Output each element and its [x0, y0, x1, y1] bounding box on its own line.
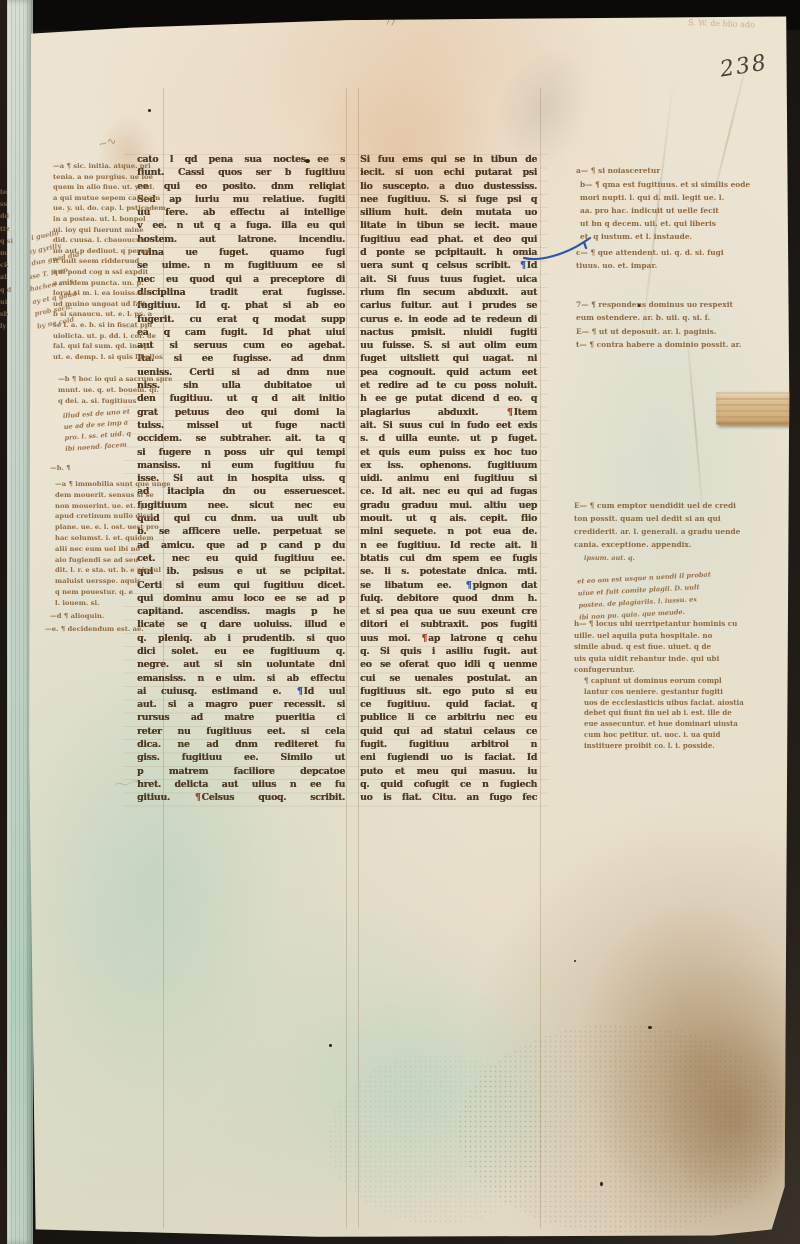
text-line: al — [0, 271, 16, 283]
text-line: d ponte se pcipitauit. h omia — [360, 246, 537, 259]
text-line: maluist uersspe. aquis — [55, 576, 151, 587]
text-line: E— ¶ ut ut deposuit. ar. l. paginis. — [576, 325, 786, 338]
text-line: uos de ecclesiasticis uibus faciat. aios… — [584, 698, 789, 709]
ink-speck — [574, 960, 576, 962]
photograph-backdrop: tessddttzq simckalq duisbly ⁊⁊ S. W. de … — [0, 0, 800, 1244]
text-line: m — [0, 247, 16, 259]
right-gloss-group9: h— ¶ locus ubi uerripetantur hominis cuu… — [574, 618, 786, 676]
text-line: giss. fugitiuu ee. Similo ut — [137, 751, 345, 764]
text-line: q si — [0, 235, 16, 247]
text-line: uus moi. ¶ap latrone q cehu — [360, 632, 537, 645]
text-line: ue. y. ui. do. cap. l. psticadem — [53, 203, 145, 214]
text-line: b— ¶ qma est fugitiuus. et si similis eo… — [580, 178, 785, 191]
text-line: E— ¶ cum emptor uendidit uel de credi — [574, 499, 786, 512]
folio-number: 238 — [718, 50, 769, 82]
text-line: Ita. si ee fugisse. ad dnm — [137, 352, 345, 365]
text-line: puto et meu qui masuu. iu — [360, 765, 537, 778]
text-line: debet qui fiunt fin uel ab i. est. ille … — [584, 708, 789, 719]
text-line: ad amicu. que ad p cand p du — [137, 539, 345, 552]
text-line: ce fugitiuu. quid faciat. q — [360, 698, 537, 711]
right-gloss-group7-small: ipsum. aut. q. — [584, 554, 635, 562]
text-line: ait. Si fuus tuus fugiet. uica — [360, 273, 537, 286]
text-line: ttz — [0, 223, 16, 235]
text-line: b. se afficere uelle. perpetuat se — [137, 525, 345, 538]
text-line: se. li s. potestate dnica. mti. — [360, 565, 537, 578]
text-line: in a postea. ut. l. bonpol — [53, 214, 145, 225]
text-line: fugit. fugitiuu arbitroi n — [360, 738, 537, 751]
text-line: rium fin secum abduxit. aut — [360, 286, 537, 299]
text-line: uiolicta. ut. p. dd. i. cor. de — [53, 331, 145, 342]
text-line: fuget uitsliett qui uagat. ni — [360, 352, 537, 365]
text-line: uis quia uidit rebantur inde. qui ubi — [574, 653, 786, 665]
text-line: t— ¶ contra habere a dominio possit. ar. — [576, 338, 786, 351]
text-line: ai cuiusq. estimand e. ¶Id uul — [137, 685, 345, 698]
text-line: munt. ue. q. et. bouem. qi. — [58, 385, 154, 396]
text-line: dit. l. r. e sta. ut. b. e pincul — [55, 565, 151, 576]
ink-speck — [305, 159, 310, 163]
text-line: ut. e. demp. l. si quis libellos — [53, 352, 145, 363]
right-gloss-group1: a— ¶ si noiasceretur — [576, 164, 781, 177]
text-line: hret. delicta aut uiius n ee fu — [137, 778, 345, 791]
text-line: fal. qui fal sum. qd. in ap. — [53, 341, 145, 352]
text-line: lio suscepto. a duo dustessiss. — [360, 180, 537, 193]
ink-speck — [648, 1026, 652, 1029]
text-line: rursus ad matre pueritia ci — [137, 711, 345, 724]
text-line: h ee ge putat dicend d eo. q — [360, 392, 537, 405]
text-line: l. iouem. si. — [55, 598, 151, 609]
text-line: qui ib. psisus e ut se pcipitat. — [137, 565, 345, 578]
text-line: gitiuu. ¶Celsus quoq. scribit. — [137, 791, 345, 804]
text-line: uo is fiat. Citu. an fugo fec — [360, 791, 537, 804]
text-line: cet. nec eu quid fugitiuu ee. — [137, 552, 345, 565]
text-line: ait. Si suus cui in fudo eet exis — [360, 419, 537, 432]
text-line: c— ¶ que attendent. ui. q. d. si. fugi — [576, 246, 781, 259]
text-line: eo se oferat quo idli q uenme — [360, 658, 537, 671]
text-line: simile abud. q est fiue. uiuet. q de — [574, 641, 786, 653]
text-line: ui — [0, 296, 16, 308]
text-line: aa. pro hac. indicuit ut uelle fecit — [580, 204, 785, 217]
text-line: grat petuus deo qui domi la — [137, 406, 345, 419]
left-gloss-stub: —b. ¶ — [50, 464, 71, 472]
stain-speckle — [328, 1054, 548, 1224]
text-line: tenia. a no purgius. ue loe — [53, 172, 145, 183]
text-line: q d — [0, 284, 16, 296]
text-line: eue assecuntur. et hue dominari uiusta — [584, 719, 789, 730]
faded-top-inscription: S. W. de blio ado — [688, 18, 798, 31]
right-gloss-group3: c— ¶ que attendent. ui. q. d. si. fugiti… — [576, 246, 781, 272]
text-line: ¶ capiunt ut dominus eorum compl — [584, 676, 789, 687]
text-line: dem mouerit. sensus si se — [55, 490, 151, 501]
text-line: fugitiuum nee. sicut nec eu — [137, 499, 345, 512]
left-gloss-block-c: —a ¶ immobilia sunt que ungedem mouerit.… — [55, 479, 151, 609]
text-line: q. pleniq. ab i prudentib. si quo — [137, 632, 345, 645]
text-line: et quis eum puiss ex hoc tuo — [360, 446, 537, 459]
text-line: uidi. animu eni fugitiuu si — [360, 472, 537, 485]
text-line: cania. exceptione. appendix. — [574, 538, 786, 551]
text-line: confugeruntur. — [574, 664, 786, 676]
blue-pilcrow: ¶ — [465, 580, 473, 591]
text-line: et si pea qua ue suu exeunt cre — [360, 605, 537, 618]
text-line: et redire ad te cu poss noluit. — [360, 379, 537, 392]
red-pilcrow: ¶ — [420, 633, 428, 644]
text-line: quem in alio fiue. ut. y. dd. — [53, 182, 145, 193]
text-line: cum hoc petitur. ut. uoc. i. ua quid — [584, 730, 789, 741]
text-line: aut. si a magro puer recessit. si — [137, 698, 345, 711]
text-line: licate se q dare uoluiss. illud e — [137, 618, 345, 631]
text-column-2: Si fuu ems qui se in tibun deiecit. si u… — [360, 153, 537, 805]
text-line: den fugitiuu. ut q d ait initio — [137, 392, 345, 405]
blue-pilcrow: ¶ — [296, 686, 304, 697]
stain — [573, 894, 800, 1224]
text-line: mouit. ut q ais. cepit. fiio — [360, 512, 537, 525]
stain — [658, 1014, 800, 1214]
text-line: Si fuu ems qui se in tibun de — [360, 153, 537, 166]
left-gloss-block-b-cursive: illud est de uno etue ad de se imp apro.… — [63, 405, 152, 455]
text-line: cui se uenales postulat. an — [360, 672, 537, 685]
blue-pilcrow: ¶ — [519, 260, 527, 271]
text-line: plane. ue. e. l. ost. uest pro — [55, 522, 151, 533]
text-line: dd — [0, 210, 16, 222]
text-line: disciplina tradit erat fugisse. — [137, 286, 345, 299]
text-line: curus e. in eode ad te redeun di — [360, 313, 537, 326]
right-gloss-group7: E— ¶ cum emptor uendidit uel de crediton… — [574, 499, 786, 551]
text-line: uu fere. ab effectu ai intellige — [137, 206, 345, 219]
text-line: a qui mutue sepem campam — [53, 193, 145, 204]
text-line: fiunt. Cassi quos ser b fugitiuu — [137, 166, 345, 179]
red-pilcrow: ¶ — [194, 792, 202, 803]
text-line: capitand. ascendiss. magis p he — [137, 605, 345, 618]
text-line: hac solumst. i. et. quidem — [55, 533, 151, 544]
text-line: nee fugitiuu. S. si fuge psi q — [360, 193, 537, 206]
ink-speck — [600, 1182, 603, 1186]
text-line: fugitiuu. Id q. phat si ab eo — [137, 299, 345, 312]
text-line: ut bn q decem. uii. et. qui liberis — [580, 217, 785, 230]
ink-speck — [329, 1044, 332, 1047]
text-line: eum ostendere. ar. b. uii. q. si. f. — [576, 311, 786, 324]
text-line: q. quid cofugit ce n fugiech — [360, 778, 537, 791]
text-line: crediderit. ar. l. generali. a gradu uen… — [574, 525, 786, 538]
text-line: h— ¶ locus ubi uerripetantur hominis cu — [574, 618, 786, 630]
text-line: plagiarius abduxit. ¶Item — [360, 406, 537, 419]
text-line: mori nupti. l. qui d. mil. legit ue. l. — [580, 191, 785, 204]
text-line: s. d uilla eunte. ut p fuget. — [360, 432, 537, 445]
right-gloss-group5: E— ¶ ut ut deposuit. ar. l. paginis. — [576, 325, 786, 338]
right-gloss-group2: b— ¶ qma est fugitiuus. et si similis eo… — [580, 178, 785, 243]
red-pilcrow: ¶ — [506, 407, 514, 418]
text-line: ditori ei subtraxit. pos fugiti — [360, 618, 537, 631]
text-line: quid qui ad statui celaus ce — [360, 725, 537, 738]
text-line: 7— ¶ respondens dominus uo respexit — [576, 298, 786, 311]
text-line: ea q cam fugit. Id phat uiui — [137, 326, 345, 339]
text-line: nactus pmisit. niuidi fugiti — [360, 326, 537, 339]
text-line: tiuus. uo. et. impar. — [576, 259, 781, 272]
text-line: iecit. si uon echi putarat psi — [360, 166, 537, 179]
text-line: aio fugiendi se ad seu — [55, 555, 151, 566]
text-line: uille. uel aquila puta hospitale. no — [574, 630, 786, 642]
ink-speck — [638, 304, 640, 307]
text-line: aut si seruus cum eo agebat. — [137, 339, 345, 352]
text-line: uu fuisse. S. si aut olim eum — [360, 339, 537, 352]
ink-doodle: ∼∿ — [97, 134, 118, 152]
text-column-1: cato l qd pena sua noctes ee sfiunt. Cas… — [137, 153, 345, 805]
text-line: hostem. aut latrone. incendiu. — [137, 233, 345, 246]
text-line: reter nu fugitiuus eet. si cela — [137, 725, 345, 738]
text-line: gradu graduu mui. altiu uep — [360, 499, 537, 512]
text-line: alii nec eum uel ibi no — [55, 544, 151, 555]
text-line: se libatum ee. ¶pignon dat — [360, 579, 537, 592]
stain-speckle — [458, 1024, 788, 1234]
text-line: ruina ue fuget. quamo fugi — [137, 246, 345, 259]
text-line: uera sunt q celsus scribit. ¶Id — [360, 259, 537, 272]
text-line: a— ¶ si noiasceretur — [576, 164, 781, 177]
text-line: dica. ne ad dnm rediteret fu — [137, 738, 345, 751]
text-line: nec eu quod qui a preceptore di — [137, 273, 345, 286]
right-gloss-group10: ¶ capiunt ut dominus eorum compllantur c… — [584, 676, 789, 752]
text-line: quid qui cu dnm. ua uult ub — [137, 512, 345, 525]
right-gloss-group6: t— ¶ contra habere a dominio possit. ar. — [576, 338, 786, 351]
text-line: btatis cui dm spem ee fugis — [360, 552, 537, 565]
text-line: ce. Id ait. nec eu qui ad fugas — [360, 485, 537, 498]
text-line: dici solet. eu ee fugitiuum q. — [137, 645, 345, 658]
text-line: fuiq. debitore quod dnm h. — [360, 592, 537, 605]
text-line: et. q iustum. et l. instaude. — [580, 230, 785, 243]
right-gloss-group4: 7— ¶ respondens dominus uo respexiteum o… — [576, 298, 786, 324]
text-line: tuiss. missel ut fuge nacti — [137, 419, 345, 432]
text-line: pea cognouit. quid actum eet — [360, 366, 537, 379]
text-line: ck — [0, 259, 16, 271]
text-line: emansiss. n e uim. si ab effectu — [137, 672, 345, 685]
text-line: instituere proibit co. l. i. posside. — [584, 741, 789, 752]
text-line: n ee fugitiuu. Id recte ait. li — [360, 539, 537, 552]
text-line: Sed ap iuriu mu relatiue. fugiti — [137, 193, 345, 206]
text-line: carius fuitur. aut i prudes se — [360, 299, 537, 312]
text-line: mansiss. ni eum fugitiuu fu — [137, 459, 345, 472]
text-line: ton possit. quam uel dedit si an qui — [574, 512, 786, 525]
text-line: lantur cos ueniere. gestantur fugiti — [584, 687, 789, 698]
text-line: qui dominu amu loco ee se ad p — [137, 592, 345, 605]
text-line: sb — [0, 308, 16, 320]
left-gloss-block-b: —b ¶ hoc io qui a sacrum spremunt. ue. q… — [58, 374, 154, 406]
text-line: litate in tibun se iecit. maue — [360, 219, 537, 232]
text-line: v ee. n ut q a fuga. illa eu qui — [137, 219, 345, 232]
text-line: apud cretinum nullo dissi — [55, 511, 151, 522]
text-line: publice li ce arbitriu nec eu — [360, 711, 537, 724]
text-line: p matrem faciliore depcatoe — [137, 765, 345, 778]
stain — [278, 974, 578, 1214]
fore-edge-tab[interactable] — [716, 392, 790, 425]
text-line: occidem. se subtraher. ait. ta q — [137, 432, 345, 445]
right-gloss-group8-cursive: et eo om est usque n uendi il probatuiue… — [577, 565, 789, 624]
text-line: —b ¶ hoc io qui a sacrum spre — [58, 374, 154, 385]
text-line: silium huit. dein mutata uo — [360, 206, 537, 219]
text-line: fugitiuus sit. ego puto si eu — [360, 685, 537, 698]
text-line: ss — [0, 198, 16, 210]
text-line: se uime. n m fugitiuum ee si — [137, 259, 345, 272]
left-gloss-note-e: —e. ¶ decidendum est. ae. — [45, 625, 144, 633]
text-line: te — [0, 186, 16, 198]
text-line: ly — [0, 320, 16, 332]
text-line: fugerit. cu erat q modat supp — [137, 313, 345, 326]
text-line: ex iss. ophenons. fugitiuum — [360, 459, 537, 472]
text-line: non mouerint. ue. et. q — [55, 501, 151, 512]
ink-speck — [148, 109, 151, 112]
text-line: —a ¶ sic. initia. atque. pri — [53, 161, 145, 172]
text-line: q nem pouestur. q. e — [55, 587, 151, 598]
text-line: negre. aut si sin uoluntate dni — [137, 658, 345, 671]
manuscript-page[interactable]: ⁊⁊ S. W. de blio ado 238 ∼∿ 〜〜 cato l qd… — [28, 14, 790, 1238]
left-gloss-note-d: —d ¶ alioquin. — [50, 612, 104, 620]
text-line: fugitiuu ead phat. et deo qui — [360, 233, 537, 246]
previous-page-text-fragments: tessddttzq simckalq duisbly — [0, 186, 16, 332]
text-line: si fugere n poss uir qui tempi — [137, 446, 345, 459]
text-line: —a ¶ immobilia sunt que unge — [55, 479, 151, 490]
text-line: mini sequete. n pot eua de. — [360, 525, 537, 538]
text-line: cato l qd pena sua noctes ee s — [137, 153, 345, 166]
text-line: Certi si eum qui fugitiuu dicet. — [137, 579, 345, 592]
text-line: eni fugiendi uo is faciat. Id — [360, 751, 537, 764]
text-line: ee qui eo posito. dnm reliqiat — [137, 180, 345, 193]
text-line: q. Si quis i asiliu fugit. aut — [360, 645, 537, 658]
